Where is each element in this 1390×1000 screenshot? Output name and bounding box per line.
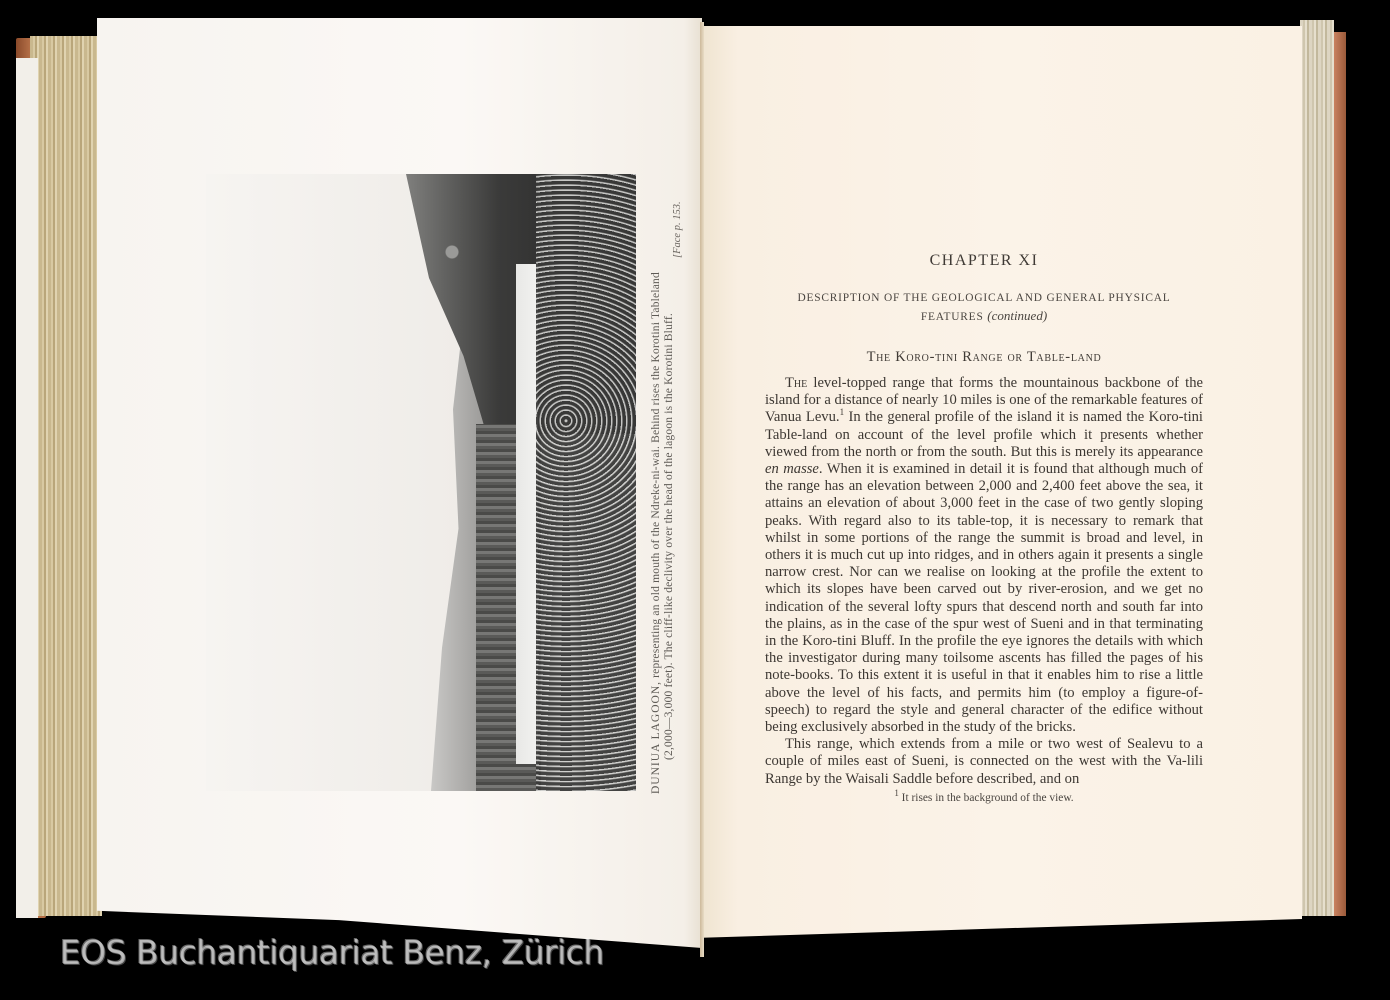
paragraph-lead: The (785, 375, 807, 391)
watermark: EOS Buchantiquariat Benz, Zürich (60, 933, 604, 972)
photo-foreground-foliage (536, 174, 636, 791)
book-gutter (700, 22, 704, 957)
flyleaf-left (16, 58, 38, 918)
page-edges-left (30, 36, 102, 916)
right-page-text: CHAPTER XI DESCRIPTION OF THE GEOLOGICAL… (765, 252, 1203, 804)
subheading-line1: DESCRIPTION OF THE GEOLOGICAL AND GENERA… (797, 292, 1170, 304)
lagoon-photograph-plate (206, 174, 636, 791)
paragraph-2: This range, which extends from a mile or… (765, 736, 1203, 788)
face-page-note: [Face p. 153. (672, 201, 683, 258)
chapter-heading: CHAPTER XI (765, 252, 1203, 270)
footnote: 1 It rises in the background of the view… (765, 792, 1203, 804)
section-title: The Koro-tini Range or Table-land (765, 349, 1203, 366)
caption-line1: representing an old mouth of the Ndreke-… (650, 272, 662, 678)
caption-line2: (2,000—3,000 feet). The cliff-like decli… (663, 174, 676, 794)
paragraph-1: The level-topped range that forms the mo… (765, 375, 1203, 736)
subheading-continued: (continued) (987, 308, 1047, 323)
subheading-line2: FEATURES (921, 311, 984, 323)
page-edges-right (1300, 20, 1334, 916)
plate-caption: DUNIUA LAGOON, representing an old mouth… (650, 174, 676, 794)
photo-lagoon-water (516, 264, 538, 764)
italic-en-masse: en masse (765, 461, 819, 477)
paragraph-1-text3: . When it is examined in detail it is fo… (765, 461, 1203, 735)
chapter-subheading: DESCRIPTION OF THE GEOLOGICAL AND GENERA… (765, 290, 1203, 326)
caption-title: DUNIUA LAGOON, (650, 681, 662, 794)
footnote-text: It rises in the background of the view. (899, 792, 1074, 804)
